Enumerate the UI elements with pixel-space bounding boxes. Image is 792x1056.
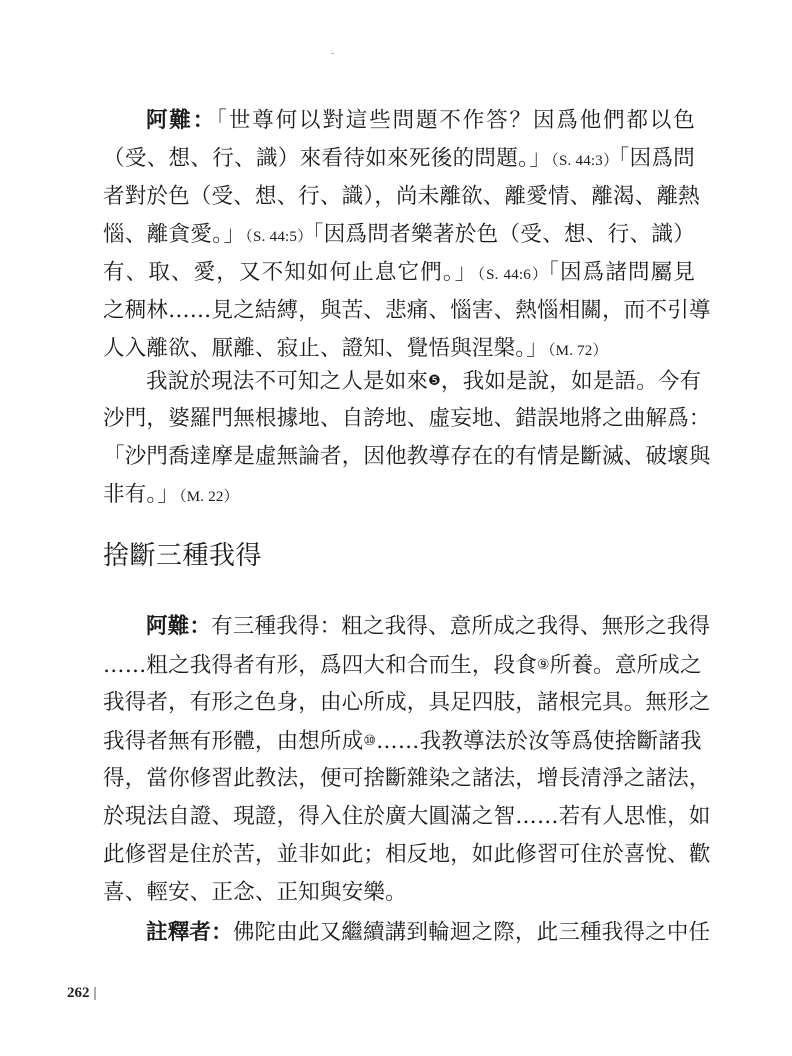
line-text: 得，當你修習此教法，便可捨斷雜染之諸法，增長清淨之諸法， <box>103 766 711 791</box>
line-text: ，我如是說，如是語。今有 <box>441 369 701 394</box>
line-text: 之稠林……見之結縛，與苦、悲痛、惱害、熱惱相關，而不引導 <box>103 298 711 323</box>
paragraph-tathagata: 我說於現法不可知之人是如來❺，我如是說，如是語。今有 沙門，婆羅門無根據地、自誇… <box>103 362 695 514</box>
text-line: 「沙門喬達摩是虛無論者，因他教導存在的有情是斷滅、破壞與 <box>103 438 695 476</box>
text-line: 沙門，婆羅門無根據地、自誇地、虛妄地、錯誤地將之曲解爲： <box>103 400 695 438</box>
text-line: 非有。」（M. 22） <box>103 476 695 514</box>
line-text: 佛陀由此又繼續講到輪迴之際，此三種我得之中任 <box>233 920 710 945</box>
line-text: 我得者無有形體，由想所成 <box>103 729 363 754</box>
text-line: ……粗之我得者有形，爲四大和合而生，段食⑨所養。意所成之 <box>103 646 695 684</box>
text-line: 註釋者：佛陀由此又繼續講到輪迴之際，此三種我得之中任 <box>103 914 695 952</box>
paragraph-commentator: 註釋者：佛陀由此又繼續講到輪迴之際，此三種我得之中任 <box>103 914 695 952</box>
footnote-marker[interactable]: ⑩ <box>363 733 376 749</box>
line-text: 「世尊何以對這些問題不作答？因爲他們都以色 <box>216 108 695 133</box>
text-line: 得，當你修習此教法，便可捨斷雜染之諸法，增長清淨之諸法， <box>103 760 695 798</box>
text-line: 我得者無有形體，由想所成⑩……我教導法於汝等爲使捨斷諸我 <box>103 722 695 760</box>
citation-ref: （S. 44:5） <box>245 229 312 245</box>
speaker-label: 註釋者： <box>146 920 233 945</box>
citation-ref: （S. 44:3） <box>551 153 618 169</box>
page-number-value: 262 <box>67 985 90 1001</box>
text-line: 之稠林……見之結縛，與苦、悲痛、惱害、熱惱相關，而不引導 <box>103 292 695 330</box>
line-text: 沙門，婆羅門無根據地、自誇地、虛妄地、錯誤地將之曲解爲： <box>103 406 711 431</box>
line-text: 「因爲諸問屬見 <box>548 260 695 285</box>
line-text: ……我教導法於汝等爲使捨斷諸我 <box>376 729 702 754</box>
text-line: 者對於色（受、想、行、識），尚未離欲、離愛情、離渴、離熱 <box>103 178 695 216</box>
text-line: 我說於現法不可知之人是如來❺，我如是說，如是語。今有 <box>103 362 695 400</box>
citation-ref: （S. 44:6） <box>477 267 548 283</box>
line-text: 「因爲問 <box>619 146 696 171</box>
text-line: 此修習是住於苦，並非如此；相反地，如此修習可住於喜悅、歡 <box>103 836 695 874</box>
text-line: 喜、輕安、正念、正知與安樂。 <box>103 874 695 912</box>
line-text: 所養。意所成之 <box>550 653 702 678</box>
line-text: 非有。」 <box>103 482 179 507</box>
book-page: 阿難：「世尊何以對這些問題不作答？因爲他們都以色 （受、想、行、識）來看待如來死… <box>0 0 792 1056</box>
line-text: 惱、離貪愛。」 <box>103 222 245 247</box>
speaker-label: 阿難： <box>146 108 216 133</box>
text-line: 惱、離貪愛。」（S. 44:5）「因爲問者樂著於色（受、想、行、識） <box>103 216 695 254</box>
line-text: 我得者，有形之色身，由心所成，具足四肢，諸根完具。無形之 <box>103 690 711 715</box>
line-text: 我說於現法不可知之人是如來 <box>146 369 428 394</box>
line-text: 者對於色（受、想、行、識），尚未離欲、離愛情、離渴、離熱 <box>103 184 700 209</box>
paragraph-three-selves: 阿難：有三種我得：粗之我得、意所成之我得、無形之我得 ……粗之我得者有形，爲四大… <box>103 608 695 912</box>
line-text: 「沙門喬達摩是虛無論者，因他教導存在的有情是斷滅、破壞與 <box>103 444 711 469</box>
section-heading: 捨斷三種我得 <box>103 536 262 576</box>
line-text: 此修習是住於苦，並非如此；相反地，如此修習可住於喜悅、歡 <box>103 842 711 867</box>
text-line: 於現法自證、現證，得入住於廣大圓滿之智……若有人思惟，如 <box>103 798 695 836</box>
page-number: 262| <box>67 985 97 1002</box>
citation-ref: （M. 22） <box>179 489 239 505</box>
text-line: 阿難：「世尊何以對這些問題不作答？因爲他們都以色 <box>103 102 695 140</box>
line-text: 於現法自證、現證，得入住於廣大圓滿之智……若有人思惟，如 <box>103 804 711 829</box>
text-line: 有、取、愛，又不知如何止息它們。」（S. 44:6）「因爲諸問屬見 <box>103 254 695 292</box>
line-text: （受、想、行、識）來看待如來死後的問題。」 <box>103 146 551 171</box>
line-text: 有、取、愛，又不知如何止息它們。」 <box>103 260 477 285</box>
speaker-label: 阿難： <box>146 614 211 639</box>
paragraph-ananda-question: 阿難：「世尊何以對這些問題不作答？因爲他們都以色 （受、想、行、識）來看待如來死… <box>103 102 695 368</box>
scan-mark <box>331 53 334 54</box>
text-line: 阿難：有三種我得：粗之我得、意所成之我得、無形之我得 <box>103 608 695 646</box>
line-text: 人入離欲、厭離、寂止、證知、覺悟與涅槃。」 <box>103 336 548 361</box>
citation-ref: （M. 72） <box>548 343 608 359</box>
folio-separator: | <box>94 985 97 1001</box>
line-text: 有三種我得：粗之我得、意所成之我得、無形之我得 <box>211 614 710 639</box>
line-text: 「因爲問者樂著於色（受、想、行、識） <box>313 222 695 247</box>
footnote-marker[interactable]: ❺ <box>428 373 441 389</box>
text-line: （受、想、行、識）來看待如來死後的問題。」（S. 44:3）「因爲問 <box>103 140 695 178</box>
line-text: ……粗之我得者有形，爲四大和合而生，段食 <box>103 653 537 678</box>
line-text: 喜、輕安、正念、正知與安樂。 <box>103 880 407 905</box>
text-line: 我得者，有形之色身，由心所成，具足四肢，諸根完具。無形之 <box>103 684 695 722</box>
footnote-marker[interactable]: ⑨ <box>537 657 550 673</box>
